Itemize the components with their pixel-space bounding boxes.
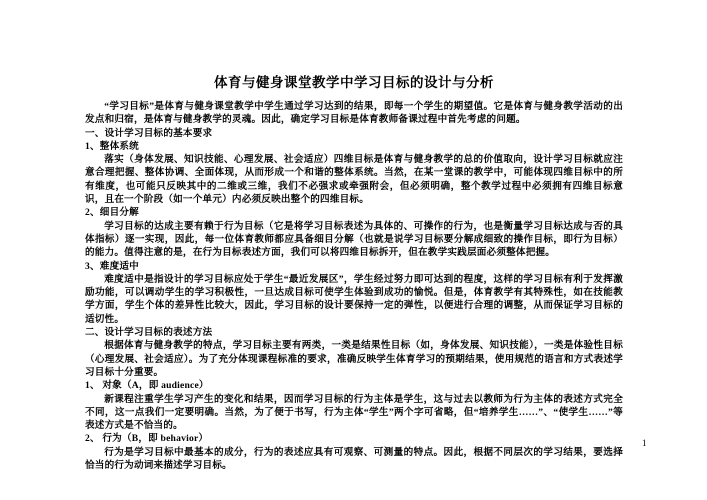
paragraph: 学习目标的达成主要有赖于行为目标（它是将学习目标表述为具体的、可操作的行为，也是… [85,220,623,260]
document-content: 体育与健身课堂教学中学习目标的设计与分析 “学习目标”是体育与健身课堂教学中学生… [85,74,623,472]
section-heading: 一、设计学习目标的基本要求 [85,127,623,140]
page-number: 1 [642,438,647,448]
section-heading: 二、设计学习目标的表述方法 [85,326,623,339]
document-page: 体育与健身课堂教学中学习目标的设计与分析 “学习目标”是体育与健身课堂教学中学生… [0,0,707,500]
paragraph: 难度适中是指设计的学习目标应处于学生“最近发展区”，学生经过努力即可达到的程度，… [85,273,623,326]
paragraph: 落实（身体发展、知识技能、心理发展、社会适应）四维目标是体育与健身教学的总的价值… [85,153,623,206]
paragraph: 根据体育与健身教学的特点，学习目标主要有两类，一类是结果性目标（如，身体发展、知… [85,339,623,379]
subsection-heading: 1、整体系统 [85,140,623,153]
subsection-heading: 1、 对象（A，即 audience） [85,379,623,392]
paragraph: 行为是学习目标中最基本的成分，行为的表述应具有可观察、可测量的特点。因此，根据不… [85,446,623,473]
page-title: 体育与健身课堂教学中学习目标的设计与分析 [85,74,623,91]
paragraph: 新课程注重学生学习产生的变化和结果，因而学习目标的行为主体是学生，这与过去以教师… [85,393,623,433]
paragraph: “学习目标”是体育与健身课堂教学中学生通过学习达到的结果，即每一个学生的期望值。… [85,100,623,127]
subsection-heading: 2、 行为（B，即 behavior） [85,432,623,445]
subsection-heading: 2、细目分解 [85,206,623,219]
subsection-heading: 3、难度适中 [85,260,623,273]
